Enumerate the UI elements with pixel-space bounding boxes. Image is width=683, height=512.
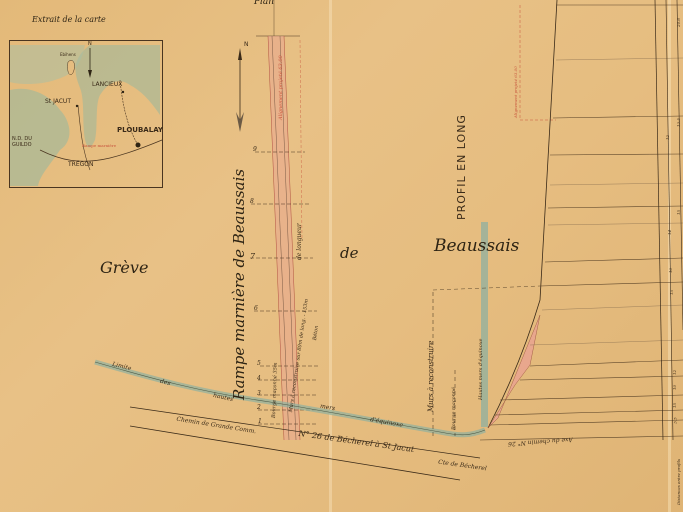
plan-longueur-label: de longueur (296, 223, 303, 260)
distance-value: 12 (665, 135, 670, 140)
greve-label: Grève (100, 258, 148, 277)
distance-value: 3.5 (673, 417, 678, 423)
station-1: 1 (258, 418, 262, 425)
profile-hautes-mers: Hautes mers d'équinoxe (478, 339, 484, 401)
distance-value: 10 (672, 385, 677, 390)
station-9: 9 (253, 146, 257, 153)
station-5: 5 (257, 360, 261, 367)
profile-bourge-label: Bourge maçonné (451, 387, 457, 430)
station-8: 8 (250, 198, 254, 205)
distance-value: 20.6 (676, 18, 681, 27)
station-7: 7 (250, 252, 255, 261)
plan-title: Plan (254, 0, 274, 7)
distance-value: 13.5 (676, 118, 681, 127)
plan-alignement-label: Alignement projeté 63.00 (278, 55, 284, 120)
station-2: 2 (257, 404, 261, 411)
rampe-title: Rampe marnière de Beaussais (230, 169, 248, 400)
station-3: 3 (257, 390, 261, 397)
distance-value: 15 (669, 290, 674, 295)
station-4: 4 (257, 375, 261, 382)
profile-distances-label: Distances entre profils (676, 459, 681, 505)
inset-label-st-jacut: St JACUT (45, 98, 71, 105)
inset-label-lancieux: LANCIEUX (92, 81, 122, 88)
beaussais-label: Beaussais (434, 236, 519, 256)
distance-value: 15 (672, 403, 677, 408)
plan-north: N (244, 41, 249, 48)
inset-label-rampe: Rampe marnière (82, 143, 116, 148)
inset-label-tregon: TRÉGON (68, 161, 94, 168)
de-label: de (340, 244, 358, 262)
distance-value: 10 (668, 268, 673, 273)
distance-value: 14 (667, 230, 672, 235)
profile-title: PROFIL EN LONG (455, 114, 468, 220)
distance-value: 12 (672, 370, 677, 375)
inset-label-ebihens: Ebihens (60, 52, 76, 57)
inset-label-nd-guildo: N.D. DU GUILDO (12, 136, 42, 148)
inset-north: N (88, 41, 92, 47)
distance-value: 15 (676, 210, 681, 215)
station-6: 6 (254, 305, 258, 312)
profile-alignement: Alignement projeté 63.00 (513, 66, 518, 118)
inset-label-ploubalay: PLOUBALAY (117, 126, 163, 134)
profile-mur-label: Murs à reconstruire (427, 341, 435, 412)
